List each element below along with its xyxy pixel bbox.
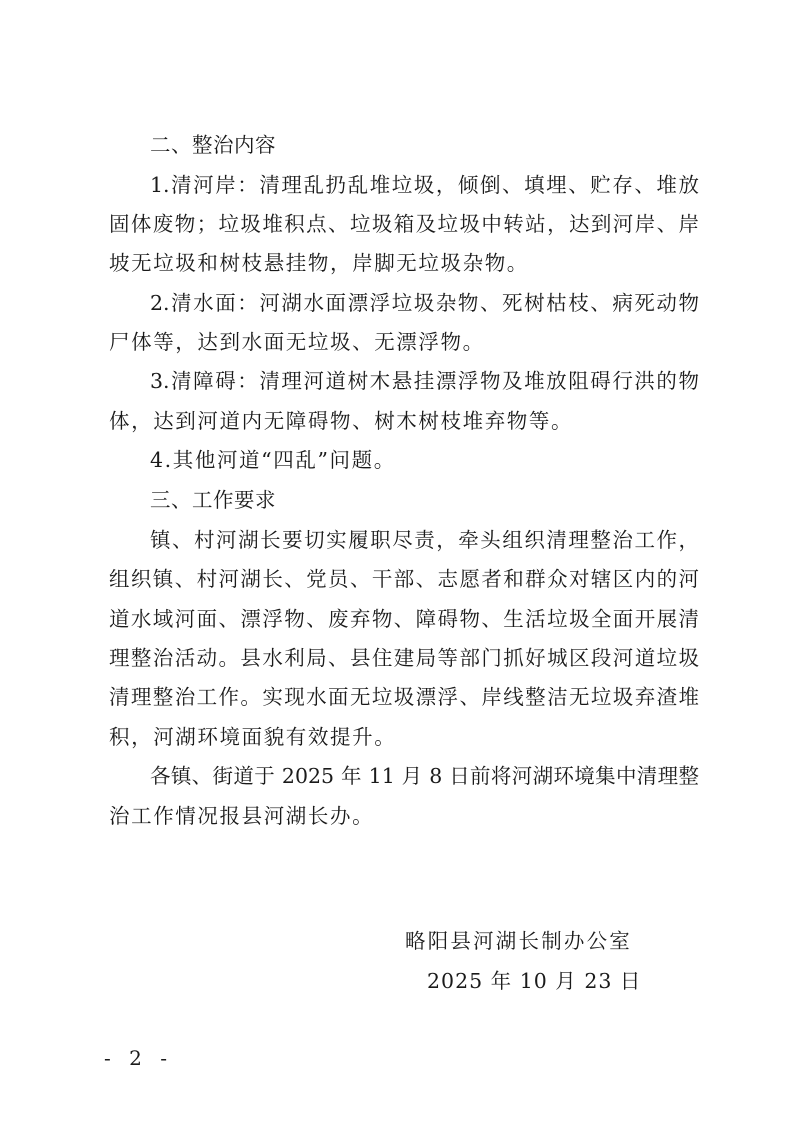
item-3-line-1: 3.清障碍：清理河道树木悬挂漂浮物及堆放阻碍行洪的物 <box>150 369 699 393</box>
para-1-line-6: 积，河湖环境面貌有效提升。 <box>109 725 699 749</box>
page-number: - 2 - <box>104 1046 173 1070</box>
para-1-line-4: 理整治活动。县水利局、县住建局等部门抓好城区段河道垃圾 <box>109 646 699 670</box>
para-1-line-2: 组织镇、村河湖长、党员、干部、志愿者和群众对辖区内的河 <box>109 567 699 591</box>
item-2-line-2: 尸体等，达到水面无垃圾、无漂浮物。 <box>109 330 699 354</box>
item-1-line-1: 1.清河岸：清理乱扔乱堆垃圾，倾倒、填埋、贮存、堆放 <box>150 173 699 197</box>
item-2-line-1: 2.清水面：河湖水面漂浮垃圾杂物、死树枯枝、病死动物 <box>150 291 699 315</box>
para-1-line-3: 道水域河面、漂浮物、废弃物、障碍物、生活垃圾全面开展清 <box>109 607 699 631</box>
item-3-line-2: 体，达到河道内无障碍物、树木树枝堆弃物等。 <box>109 409 699 433</box>
section-heading-2: 二、整治内容 <box>150 133 699 157</box>
para-2-line-2: 治工作情况报县河湖长办。 <box>109 804 699 828</box>
item-1-line-2: 固体废物；垃圾堆积点、垃圾箱及垃圾中转站，达到河岸、岸 <box>109 212 699 236</box>
signature-date: 2025 年 10 月 23 日 <box>427 969 641 993</box>
item-1-line-3: 坡无垃圾和树枝悬挂物，岸脚无垃圾杂物。 <box>109 251 699 275</box>
document-page: 二、整治内容 1.清河岸：清理乱扔乱堆垃圾，倾倒、填埋、贮存、堆放 固体废物；垃… <box>0 0 793 1122</box>
para-2-line-1: 各镇、街道于 2025 年 11 月 8 日前将河湖环境集中清理整 <box>150 764 699 788</box>
para-1-line-5: 清理整治工作。实现水面无垃圾漂浮、岸线整洁无垃圾弃渣堆 <box>109 685 699 709</box>
signature-organization: 略阳县河湖长制办公室 <box>405 929 632 953</box>
para-1-line-1: 镇、村河湖长要切实履职尽责，牵头组织清理整治工作， <box>150 528 699 552</box>
section-heading-3: 三、工作要求 <box>150 488 699 512</box>
item-4-line-1: 4.其他河道“四乱”问题。 <box>150 448 699 472</box>
